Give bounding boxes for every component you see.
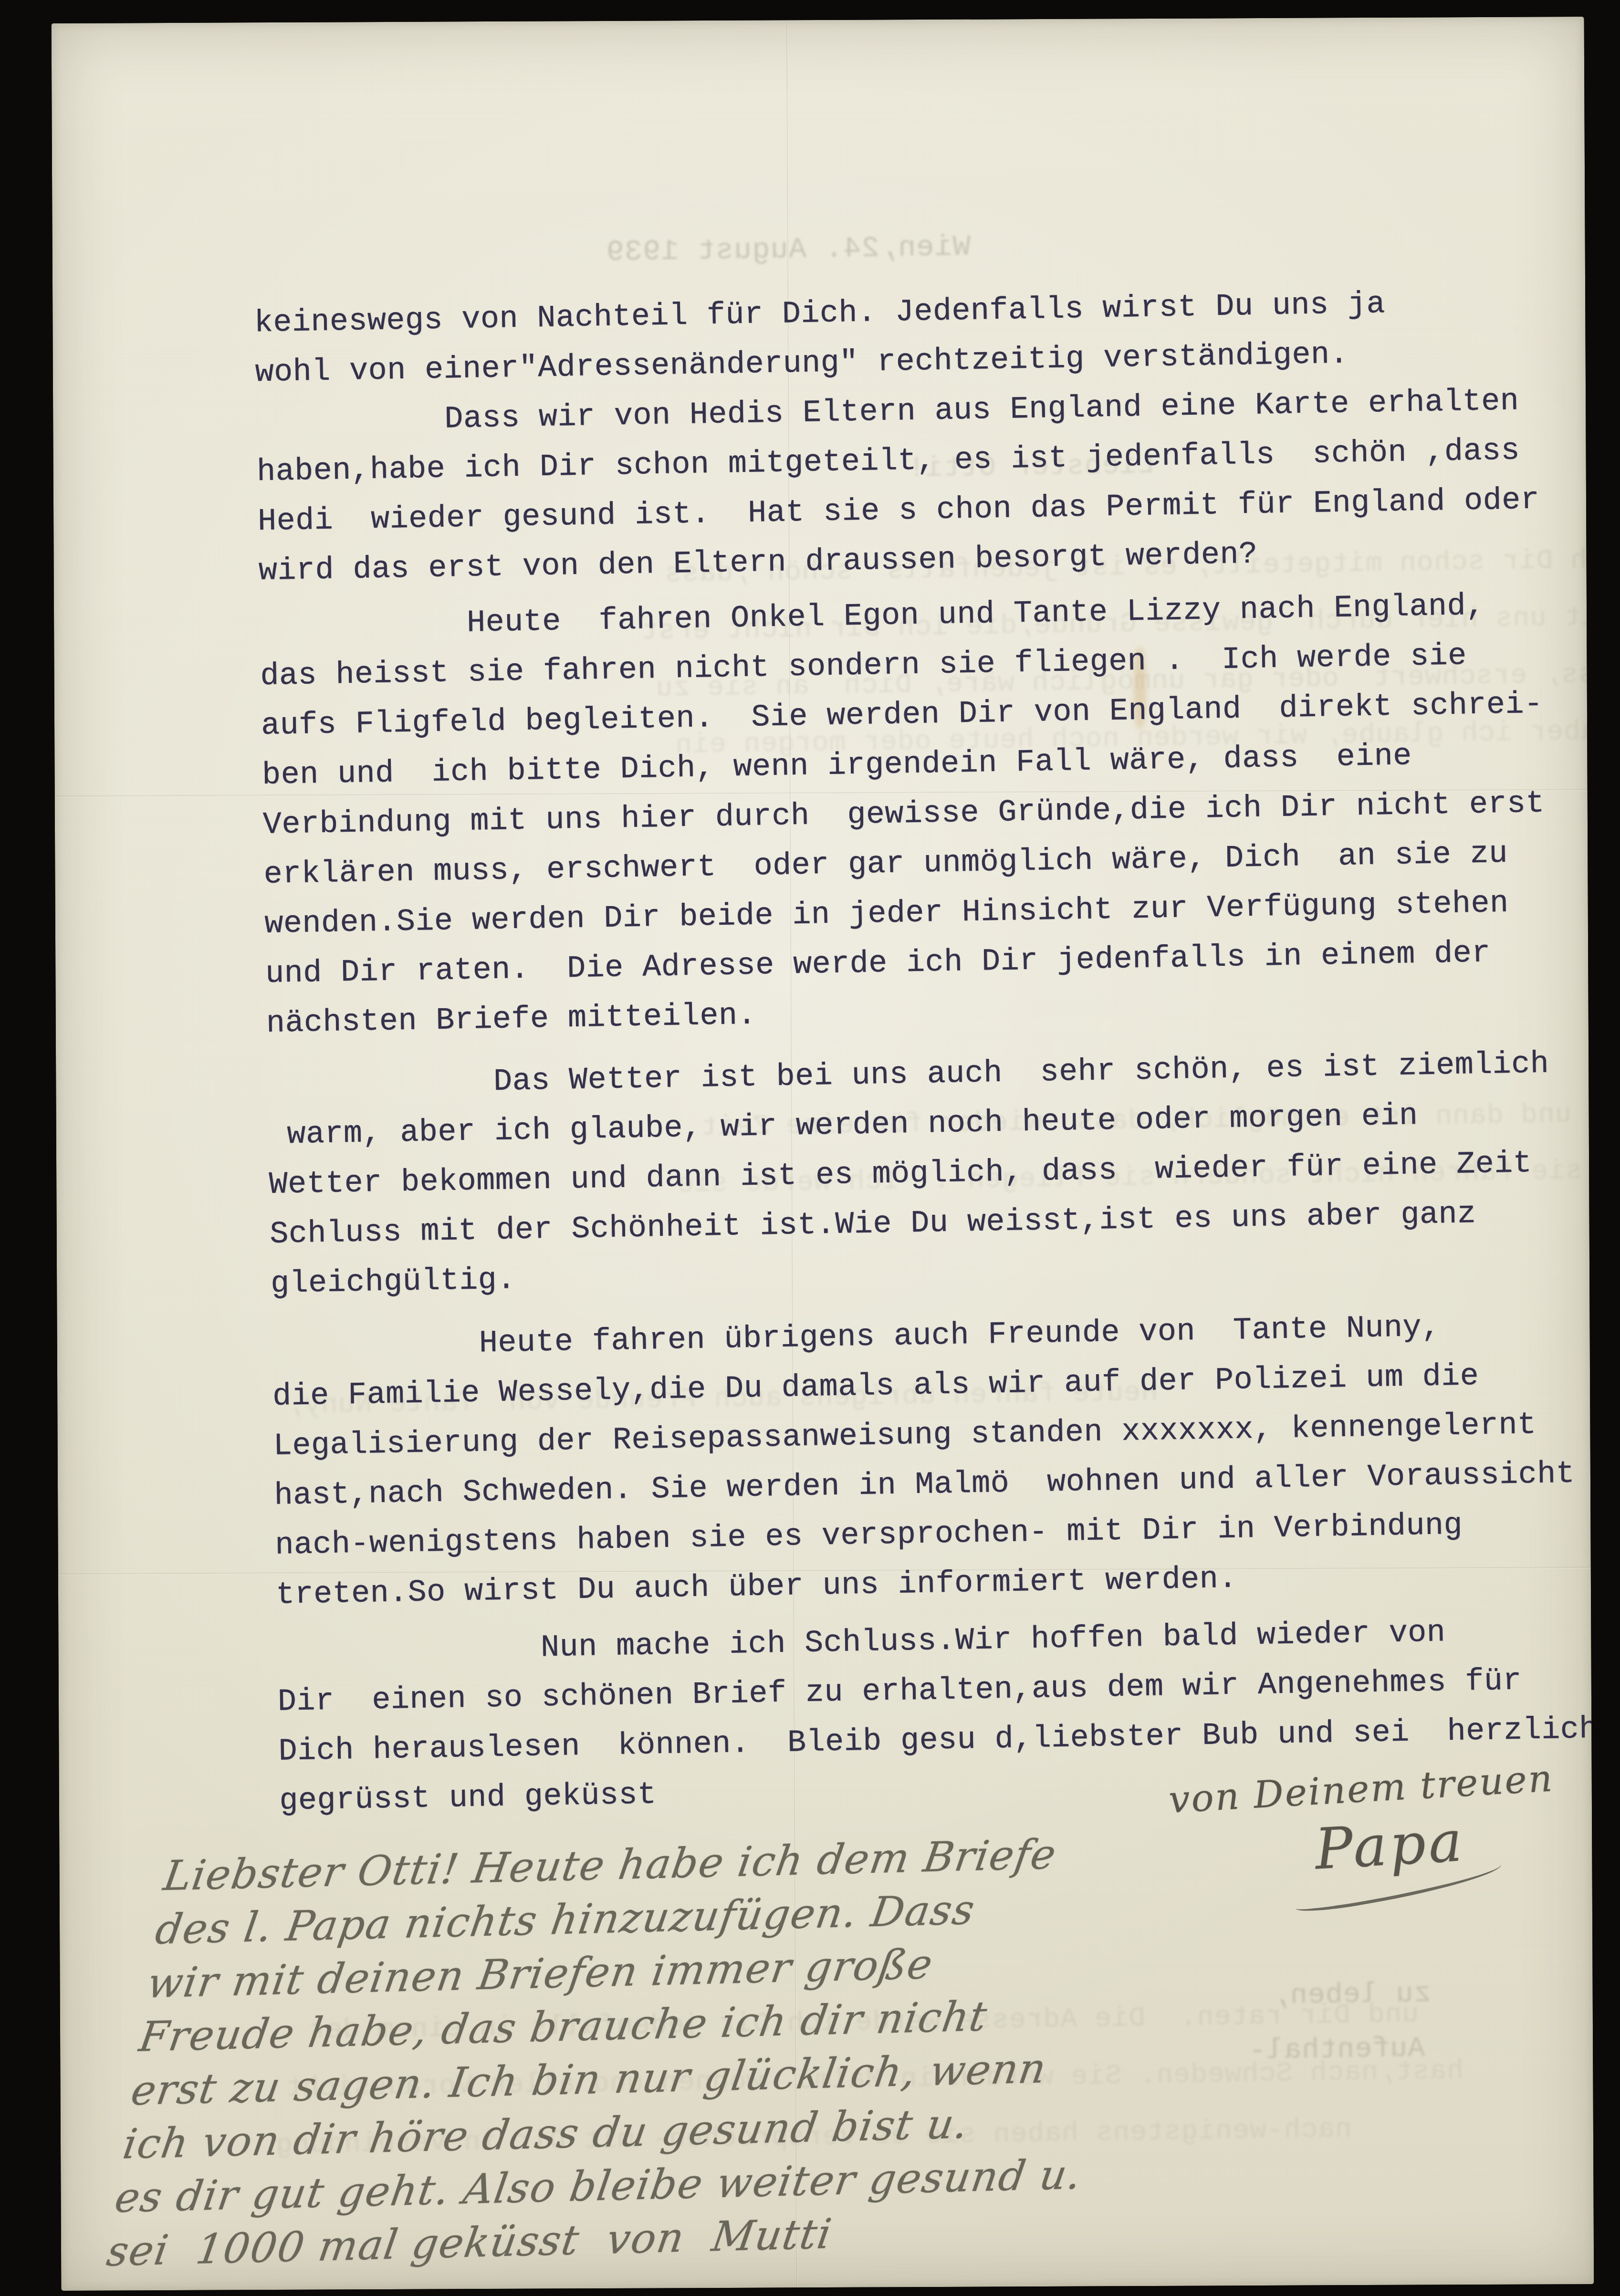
ghost-bleedthrough-line: Aufenthal- — [1248, 2033, 1425, 2067]
handwritten-note: Liebster Otti! Heute habe ich dem Briefe… — [103, 1826, 1134, 2279]
ghost-bleedthrough-line: zu leben, — [1272, 1978, 1431, 2013]
scan-background: Wien,24. August 1939Liebster Otti!haben,… — [0, 0, 1620, 2296]
letter-page: Wien,24. August 1939Liebster Otti!haben,… — [52, 17, 1594, 2291]
papa-signature: von Deinem treuen Papa — [1168, 1757, 1560, 1910]
typed-text-block: keineswegs von Nachteil für Dich. Jedenf… — [254, 275, 1594, 1826]
